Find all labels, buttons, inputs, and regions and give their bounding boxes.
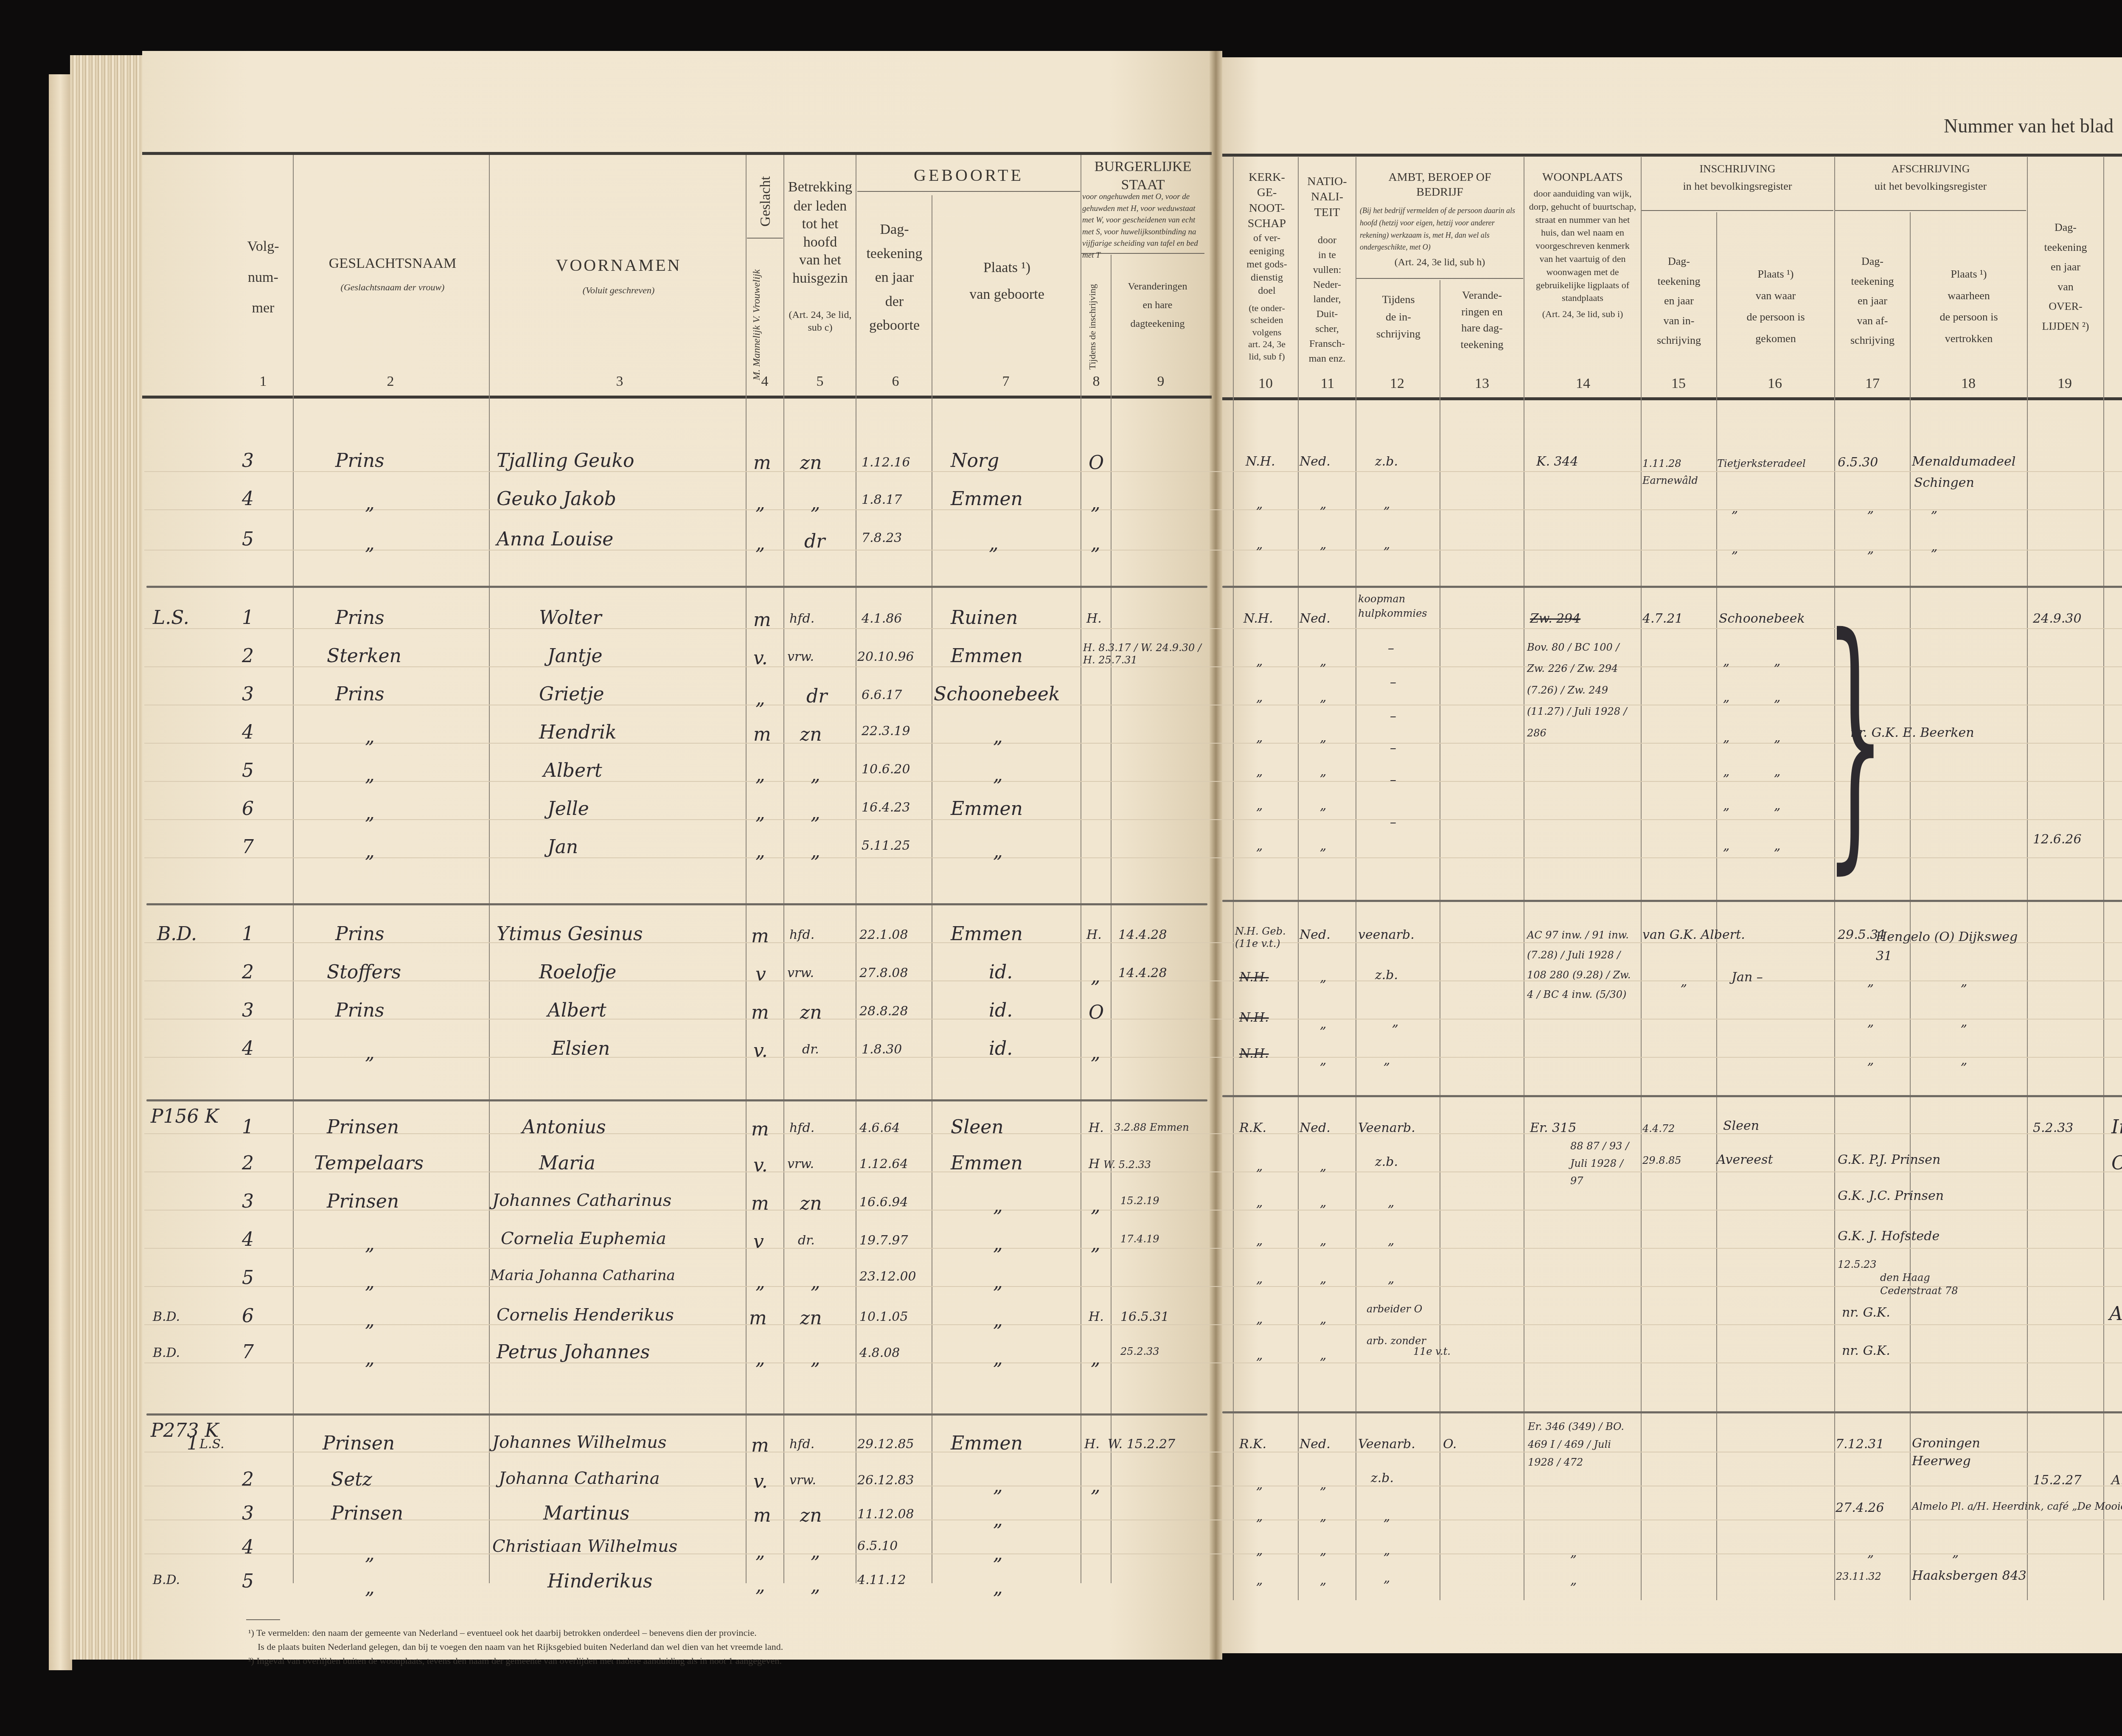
header-title: AFSCHRIJVING	[1835, 162, 2026, 176]
civil-status: „	[1091, 533, 1100, 554]
birthplace: id.	[989, 961, 1013, 983]
header-text: van geboorte	[934, 286, 1080, 304]
header-col7: Plaats ¹) van geboorte	[934, 259, 1080, 303]
birthdate: 4.8.08	[859, 1346, 900, 1360]
origin-place: „	[1774, 730, 1781, 745]
header-col20: AAN- MERKINGEN (Art. 24, 5e lid)	[2105, 250, 2122, 304]
sex: „	[755, 764, 765, 786]
destination-place: „	[1961, 1014, 1968, 1029]
header-subtitle: (Bij het bedrijf vermelden of de persoon…	[1356, 205, 1523, 253]
header-col10-sub: (te onder- scheiden volgens art. 24, 3e …	[1235, 302, 1299, 363]
row-guide	[144, 1248, 2122, 1249]
civil-status: H.	[1089, 1121, 1104, 1135]
header-col15: Dag- teekening en jaar van in- schrijvin…	[1642, 255, 1715, 348]
book-cover-edge	[49, 74, 72, 1670]
column-number: 10	[1257, 376, 1274, 392]
book-gutter	[1210, 51, 1222, 1660]
surname: Prinsen	[327, 1116, 399, 1138]
row-number: 5	[242, 1267, 254, 1289]
relation: „	[811, 802, 820, 824]
destination-place-2: Schingen	[1914, 475, 1974, 490]
sex: m	[753, 452, 771, 474]
header-text: man enz.	[1299, 351, 1356, 366]
row-number: 7	[242, 836, 254, 858]
row-marker: L.S.	[199, 1437, 224, 1452]
header-text: lander,	[1299, 292, 1356, 307]
occupation: Veenarb.	[1358, 1437, 1415, 1452]
nationality: „	[1320, 1233, 1327, 1248]
birthplace: Ruinen	[951, 607, 1018, 629]
sex: m	[751, 925, 769, 947]
firstnames: Martinus	[543, 1503, 629, 1524]
header-col6: Dag- teekening en jaar der geboorte	[857, 221, 932, 335]
nationality: „	[1320, 764, 1327, 779]
firstnames: Hinderikus	[547, 1570, 653, 1592]
firstnames: Petrus Johannes	[497, 1341, 650, 1363]
row-number: 2	[242, 645, 254, 667]
nationality: „	[1320, 1271, 1327, 1286]
nationality: „	[1320, 1348, 1327, 1362]
nationality: „	[1320, 1573, 1327, 1587]
header-burgerlijke-staat-legend: voor ongehuwden met O, voor de gehuwden …	[1082, 191, 1203, 261]
header-text: vullen:	[1299, 263, 1356, 278]
occupation: „	[1384, 497, 1390, 511]
civil-status: H.	[1089, 1309, 1104, 1324]
header-col10: KERK- GE- NOOT- SCHAP of ver- eeniging m…	[1235, 170, 1299, 362]
column-number: 7	[997, 374, 1014, 390]
surname: „	[365, 1271, 375, 1293]
relation: zn	[800, 1193, 822, 1214]
origin-place: „	[1774, 798, 1781, 813]
church: „	[1256, 690, 1263, 705]
firstnames: Albert	[547, 1000, 606, 1021]
address: Zw. 294	[1530, 611, 1580, 626]
surname: Prinsen	[331, 1503, 403, 1524]
relation: zn	[800, 724, 822, 745]
church: „	[1256, 1159, 1263, 1174]
sex: m	[751, 1193, 769, 1214]
civil-status: „	[1091, 1195, 1100, 1216]
destination-place: Hengelo (O) Dijksweg 31	[1876, 927, 2029, 966]
firstnames: Johannes Catharinus	[492, 1191, 671, 1210]
header-text: geboorte	[857, 317, 932, 335]
birthplace: „	[993, 1195, 1003, 1216]
destination-place: G.K. J.C. Prinsen	[1838, 1188, 1944, 1203]
header-text: TEIT	[1299, 205, 1356, 220]
col-divider	[932, 195, 932, 1583]
birthdate: 27.8.08	[859, 966, 908, 980]
header-col8: Tijdens de inschrijving	[1086, 272, 1098, 382]
header-text: dagteekening	[1112, 317, 1203, 330]
nationality: „	[1320, 970, 1327, 985]
occupation: „	[1384, 537, 1390, 552]
row-guide	[144, 1553, 2122, 1554]
header-col12: Tijdens de in- schrijving	[1358, 293, 1439, 341]
header-subtitle: uit het bevolkingsregister	[1835, 180, 2026, 194]
relation: zn	[800, 1307, 822, 1329]
occupation: „	[1384, 1570, 1390, 1585]
church: „	[1256, 1543, 1263, 1558]
birthdate: 6.6.17	[862, 688, 902, 702]
row-guide	[144, 980, 2122, 981]
firstnames: Albert	[543, 760, 602, 781]
occupation: –	[1390, 815, 1396, 830]
birthplace: Schoonebeek	[934, 683, 1060, 705]
occupation: –	[1390, 772, 1396, 787]
row-number: 2	[242, 961, 254, 983]
occupation: z.b.	[1375, 1155, 1398, 1169]
header-text: NOOT-	[1235, 201, 1299, 216]
col-divider	[746, 155, 747, 1583]
nationality: „	[1320, 730, 1327, 745]
church: N.H. Geb. (11e v.t.)	[1235, 925, 1294, 950]
firstnames: Roelofje	[539, 961, 616, 983]
address: „	[1570, 1545, 1577, 1560]
header-col5: Betrekking der leden tot het hoofd van h…	[785, 178, 855, 334]
deregistration-date: 23.11.32	[1836, 1570, 1881, 1582]
header-text: GE-	[1235, 185, 1299, 200]
header-text: art. 24, 3e	[1235, 338, 1299, 351]
header-text: door	[1299, 233, 1356, 248]
church: „	[1256, 1271, 1263, 1286]
col-divider	[1111, 255, 1112, 1583]
surname: „	[365, 840, 375, 862]
col-divider	[783, 155, 784, 1583]
occupation: „	[1384, 1509, 1390, 1524]
header-text: teekening	[2029, 241, 2102, 255]
header-text: Plaats ¹)	[1718, 267, 1833, 281]
destination-place: „	[1931, 501, 1938, 516]
church: „	[1256, 1477, 1263, 1492]
surname: Prins	[335, 923, 385, 945]
sex: v.	[753, 1155, 768, 1176]
sex: „	[755, 1348, 765, 1369]
column-number: 14	[1575, 376, 1591, 392]
row-number: 4	[242, 1537, 254, 1558]
column-number: 5	[811, 374, 828, 390]
household-divider	[1222, 1411, 2122, 1413]
birthdate: 5.11.25	[862, 838, 910, 853]
surname: Prins	[335, 450, 385, 472]
death-date: 5.2.33	[2033, 1121, 2073, 1135]
header-text: teekening	[1642, 275, 1715, 289]
occupation: „	[1388, 1195, 1395, 1210]
birthplace: Sleen	[951, 1116, 1004, 1138]
row-number: 1	[242, 923, 254, 945]
surname: Prins	[335, 607, 385, 629]
household-marker: P156 K	[151, 1106, 219, 1127]
row-number: 4	[242, 722, 254, 743]
sex: „	[755, 533, 765, 554]
destination-place: „	[1961, 1053, 1968, 1067]
firstnames: Anna Louise	[497, 528, 613, 550]
header-col1: Volg- num- mer	[238, 238, 289, 317]
surname: Prinsen	[327, 1191, 399, 1212]
firstnames: Maria Johanna Catharina	[490, 1267, 675, 1284]
header-text: scher,	[1299, 322, 1356, 337]
sex: v.	[753, 1040, 768, 1062]
occupation: –	[1388, 641, 1394, 656]
column-number: 18	[1960, 376, 1977, 392]
col-divider	[1233, 157, 1234, 1600]
row-guide	[144, 1324, 2122, 1325]
footnote-1: ¹) Te vermelden: den naam der gemeente v…	[248, 1626, 851, 1640]
row-number: 3	[242, 1000, 254, 1021]
civil-status-change: 25.2.33	[1120, 1346, 1159, 1357]
occupation: –	[1390, 709, 1396, 724]
row-guide	[144, 942, 2122, 943]
group-rule-geboorte	[857, 191, 1080, 192]
relation: zn	[800, 1505, 822, 1526]
firstnames: Elsien	[552, 1038, 610, 1059]
birthdate: 4.11.12	[857, 1573, 906, 1587]
household-divider	[1222, 1095, 2122, 1097]
remarks: Inv. ACC.	[2111, 1116, 2122, 1138]
header-text: van	[2029, 280, 2102, 294]
church: „	[1256, 537, 1263, 552]
relation: „	[811, 1575, 820, 1596]
address: „	[1570, 1573, 1577, 1587]
relation: „	[811, 492, 820, 514]
row-guide	[144, 471, 2122, 472]
birthdate: 16.6.94	[859, 1195, 908, 1210]
row-number: 2	[242, 1152, 254, 1174]
header-text: waarheen	[1911, 289, 2026, 303]
header-col3: VOORNAMEN (Voluit geschreven)	[492, 255, 745, 296]
civil-status: „	[1091, 492, 1100, 514]
civil-status: H	[1089, 1157, 1100, 1171]
nationality: „	[1320, 1477, 1327, 1492]
row-guide	[144, 1171, 2122, 1172]
header-text: van het	[785, 251, 855, 270]
birthplace: Emmen	[951, 1433, 1023, 1454]
birthplace: id.	[989, 1038, 1013, 1059]
death-date: 12.6.26	[2033, 832, 2082, 847]
header-text: met gods-	[1235, 258, 1299, 271]
origin-place: Jan –	[1732, 970, 1763, 985]
remarks: A.K. ACC	[2109, 1303, 2122, 1325]
group-rule-inschrijving	[1642, 210, 1833, 211]
header-title: GESLACHTSNAAM	[297, 255, 488, 273]
sex: „	[755, 688, 765, 709]
col-divider	[1910, 212, 1911, 1600]
birthdate: 10.1.05	[859, 1309, 908, 1324]
header-text: de persoon is	[1718, 310, 1833, 324]
nationality: Ned.	[1300, 927, 1330, 942]
civil-status: O	[1089, 1002, 1104, 1023]
surname: Prins	[335, 683, 385, 705]
header-text: (te onder-	[1235, 302, 1299, 315]
civil-status-changes: H. 8.3.17 / W. 24.9.30 / H. 25.7.31	[1083, 642, 1206, 666]
birthdate: 1.12.16	[862, 455, 910, 470]
header-col11-sub: door in te vullen: Neder- lander, Duit- …	[1299, 233, 1356, 366]
firstnames: Cornelia Euphemia	[501, 1229, 666, 1248]
row-guide	[144, 550, 2122, 551]
row-number: 5	[242, 528, 254, 550]
row-guide	[144, 1057, 2122, 1058]
birthdate: 23.12.00	[859, 1269, 916, 1284]
household-divider	[1222, 586, 2122, 588]
row-number: 5	[242, 760, 254, 781]
nationality: „	[1320, 690, 1327, 705]
sex: m	[753, 1505, 771, 1526]
origin-place-2: Earnewâld	[1642, 475, 1698, 486]
header-text: hoofd	[785, 233, 855, 252]
header-text: hare dag-	[1441, 321, 1523, 335]
relation: dr	[806, 685, 827, 707]
row-guide	[144, 1210, 2122, 1211]
header-col14: WOONPLAATS door aanduiding van wijk, dor…	[1525, 170, 1640, 320]
footnotes: ¹) Te vermelden: den naam der gemeente v…	[248, 1626, 851, 1668]
relation: hfd.	[789, 927, 814, 942]
row-guide	[144, 1520, 2122, 1520]
header-text: dienstig	[1235, 271, 1299, 284]
sex: „	[755, 492, 765, 514]
civil-status-change: 15.2.19	[1120, 1195, 1159, 1207]
column-number: 17	[1864, 376, 1881, 392]
birthplace: Emmen	[951, 645, 1023, 667]
church: „	[1256, 764, 1263, 779]
occupation: –	[1390, 741, 1396, 756]
row-number: 6	[242, 798, 254, 820]
church: „	[1256, 1348, 1263, 1362]
relation: hfd.	[789, 1437, 814, 1452]
birthplace: „	[993, 1309, 1003, 1331]
header-text: Plaats ¹)	[934, 259, 1080, 277]
destination-place: Menaldumadeel	[1912, 454, 2015, 469]
relation: vrw.	[787, 966, 814, 980]
header-col19: Dag- teekening en jaar van OVER- LIJDEN …	[2029, 221, 2102, 333]
row-marker: B.D.	[153, 1346, 180, 1360]
row-number: 4	[242, 1038, 254, 1059]
nationality: „	[1320, 1312, 1327, 1326]
column-number: 15	[1670, 376, 1687, 392]
row-guide	[144, 509, 2122, 510]
header-text: huisgezin	[785, 270, 855, 288]
header-text: Verande-	[1441, 289, 1523, 303]
col-divider	[293, 155, 294, 1583]
birthdate: 4.1.86	[862, 611, 902, 626]
row-guide	[144, 1286, 2122, 1287]
firstnames: Geuko Jakob	[497, 488, 616, 510]
birthdate: 4.6.64	[859, 1121, 900, 1135]
registration-date: 29.8.85	[1642, 1155, 1681, 1166]
header-text: Veranderingen	[1112, 280, 1203, 293]
occupation: z.b.	[1375, 968, 1398, 983]
origin-place: Tietjerksteradeel	[1717, 458, 1806, 469]
nationality: „	[1320, 1017, 1327, 1031]
col-divider	[1524, 157, 1524, 1600]
civil-status-change: W. 5.2.33	[1103, 1159, 1151, 1171]
header-bottom-rule-right	[1222, 397, 2122, 400]
header-text: teekening	[1441, 338, 1523, 352]
header-subtitle: (Geslachtsnaam der vrouw)	[297, 281, 488, 293]
surname: „	[365, 1348, 375, 1369]
header-group-ambt: AMBT, BEROEP OF BEDRIJF (Bij het bedrijf…	[1356, 170, 1523, 269]
header-text: vertrokken	[1911, 332, 2026, 346]
firstnames: Christiaan Wilhelmus	[492, 1537, 677, 1556]
registration-date: „	[1723, 798, 1730, 813]
registration-date: 1.11.28	[1642, 458, 1681, 469]
destination-place: „	[1931, 539, 1938, 554]
column-number: 9	[1152, 374, 1169, 390]
death-date: 15.2.27	[2033, 1473, 2082, 1488]
church: N.H.	[1239, 970, 1269, 985]
sex: v	[755, 964, 766, 985]
surname: „	[365, 802, 375, 824]
header-text: Tijdens	[1358, 293, 1439, 307]
birthdate: 1.12.64	[859, 1157, 908, 1171]
firstnames: Johanna Catharina	[499, 1469, 660, 1488]
relation: dr.	[798, 1233, 815, 1248]
birthplace: „	[993, 1348, 1003, 1369]
sex: „	[755, 1271, 765, 1293]
deregistration-date: 7.12.31	[1836, 1437, 1884, 1452]
row-number: 2	[242, 1469, 254, 1490]
column-number: 8	[1088, 374, 1105, 390]
row-number: 7	[242, 1341, 254, 1363]
destination-place: Haaksbergen 843	[1912, 1566, 2027, 1585]
birthdate: 26.12.83	[857, 1473, 914, 1488]
group-rule-geslacht	[747, 238, 783, 239]
address-history: AC 97 inw. / 91 inw. (7.28) / Juli 1928 …	[1527, 925, 1639, 1005]
row-number: 1	[242, 1116, 254, 1138]
row-guide	[144, 1362, 2122, 1363]
occupation: „	[1384, 1053, 1390, 1067]
occupation: koopman hulpkommies	[1358, 592, 1439, 621]
header-text: eeniging	[1235, 245, 1299, 258]
deregistration-date: „	[1867, 1053, 1874, 1067]
household-divider	[146, 586, 1207, 588]
church: N.H.	[1239, 1046, 1269, 1061]
header-group-afschrijving: AFSCHRIJVING uit het bevolkingsregister	[1835, 162, 2026, 193]
remarks: OBR. ACC.	[2111, 1152, 2122, 1174]
column-number: 6	[887, 374, 904, 390]
header-title: AMBT, BEROEP OF BEDRIJF	[1356, 170, 1523, 199]
header-text: lid, sub f)	[1235, 351, 1299, 363]
civil-status-change: 14.4.28	[1118, 966, 1167, 980]
origin-place: „	[1774, 764, 1781, 779]
address-history: Bov. 80 / BC 100 / Zw. 226 / Zw. 294 (7.…	[1527, 637, 1639, 744]
header-bottom-rule-left	[142, 396, 1212, 399]
row-guide	[144, 1019, 2122, 1020]
firstnames: Jantje	[547, 645, 603, 667]
civil-status: „	[1091, 1233, 1100, 1255]
firstnames: Tjalling Geuko	[497, 450, 634, 472]
deregistration-date: „	[1867, 974, 1874, 989]
firstnames: Antonius	[522, 1116, 606, 1138]
header-text: Dag-	[857, 221, 932, 239]
destination-place: Groningen Heerweg	[1912, 1435, 2022, 1470]
col-divider	[1356, 157, 1356, 1600]
firstnames: Jelle	[547, 798, 589, 820]
header-col4-title: Geslacht	[757, 170, 775, 233]
header-article: (Art. 24, 3e lid, sub h)	[1356, 256, 1523, 269]
birthplace: „	[993, 840, 1003, 862]
birthdate: 1.8.17	[862, 492, 902, 507]
occupation: z.b.	[1375, 454, 1398, 469]
footnote-rule	[246, 1619, 280, 1620]
header-text: Volg-	[238, 238, 289, 256]
church: R.K.	[1239, 1121, 1266, 1135]
sex: m	[751, 1118, 769, 1140]
deregistration-date: 12.5.23	[1838, 1258, 1877, 1270]
surname: Stoffers	[327, 961, 401, 983]
header-text: van waar	[1718, 289, 1833, 303]
row-number: 4	[242, 1229, 254, 1250]
sheet-number-label: Nummer van het blad	[1918, 114, 2122, 138]
birthdate: 20.10.96	[857, 649, 914, 664]
